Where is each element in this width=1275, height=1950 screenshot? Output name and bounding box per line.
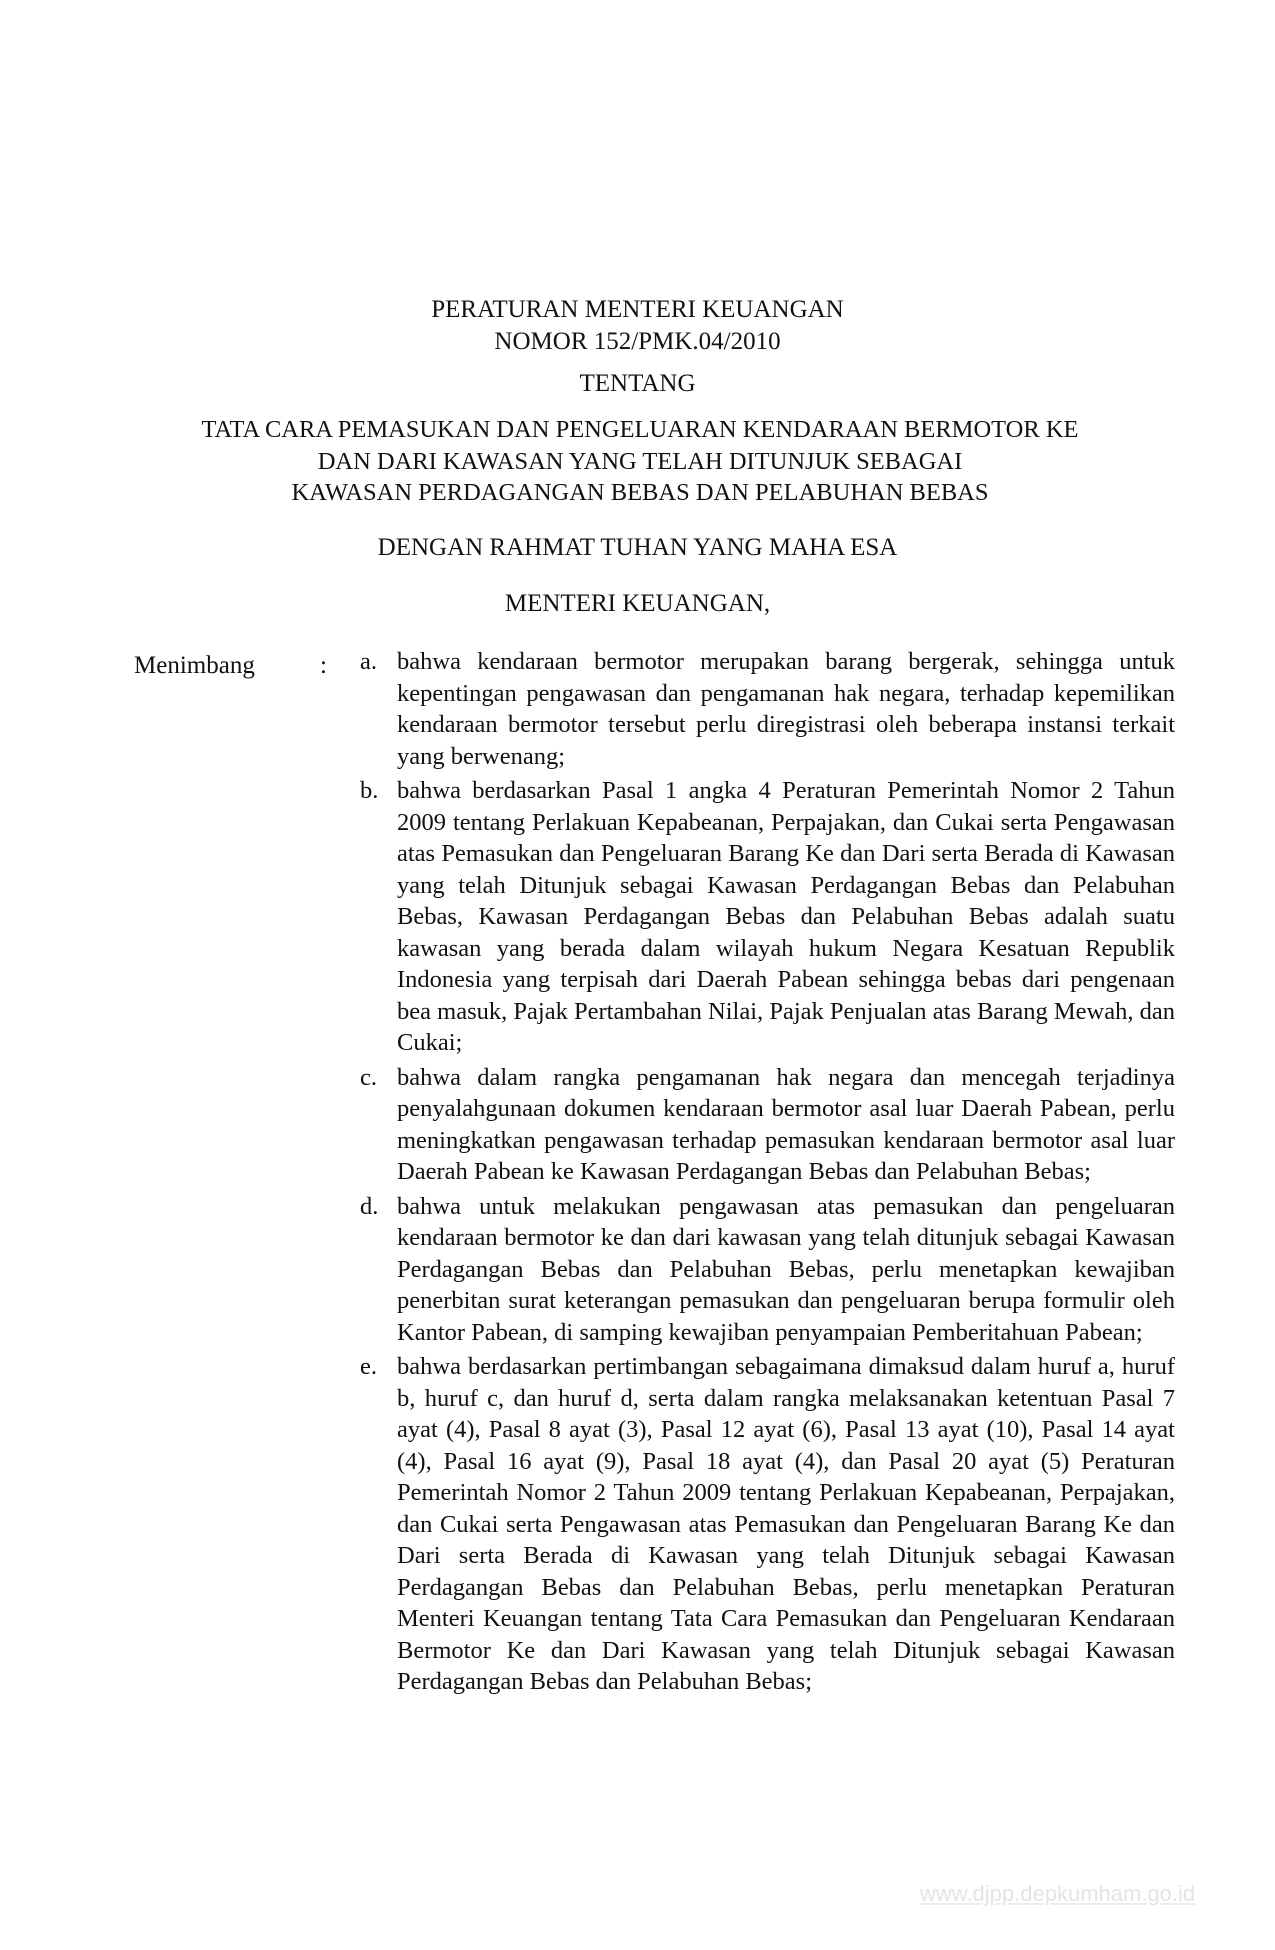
document-page: PERATURAN MENTERI KEUANGAN NOMOR 152/PMK…: [0, 0, 1275, 1950]
menimbang-colon: :: [320, 650, 327, 682]
clause-a: a. bahwa kendaraan bermotor merupakan ba…: [360, 646, 1175, 772]
regulation-number: NOMOR 152/PMK.04/2010: [0, 326, 1275, 358]
regulation-title: TATA CARA PEMASUKAN DAN PENGELUARAN KEND…: [140, 414, 1140, 509]
clause-letter: b.: [360, 775, 378, 807]
title-line-3: KAWASAN PERDAGANGAN BEBAS DAN PELABUHAN …: [140, 477, 1140, 509]
clause-e: e. bahwa berdasarkan pertimbangan sebaga…: [360, 1351, 1175, 1698]
issuing-authority: MENTERI KEUANGAN,: [0, 588, 1275, 620]
clause-text: bahwa berdasarkan pertimbangan sebagaima…: [397, 1351, 1175, 1698]
clause-letter: a.: [360, 646, 377, 678]
menimbang-label: Menimbang: [134, 650, 255, 682]
tentang-heading: TENTANG: [0, 368, 1275, 400]
clause-letter: e.: [360, 1351, 377, 1383]
menimbang-clauses: a. bahwa kendaraan bermotor merupakan ba…: [360, 646, 1175, 1701]
title-line-1: TATA CARA PEMASUKAN DAN PENGELUARAN KEND…: [140, 414, 1140, 446]
clause-c: c. bahwa dalam rangka pengamanan hak neg…: [360, 1062, 1175, 1188]
title-line-2: DAN DARI KAWASAN YANG TELAH DITUNJUK SEB…: [140, 446, 1140, 478]
clause-text: bahwa berdasarkan Pasal 1 angka 4 Peratu…: [397, 775, 1175, 1059]
watermark-link[interactable]: www.djpp.depkumham.go.id: [920, 1880, 1195, 1908]
clause-d: d. bahwa untuk melakukan pengawasan atas…: [360, 1191, 1175, 1349]
clause-letter: d.: [360, 1191, 378, 1223]
clause-text: bahwa untuk melakukan pengawasan atas pe…: [397, 1191, 1175, 1349]
regulation-heading: PERATURAN MENTERI KEUANGAN: [0, 294, 1275, 326]
invocation: DENGAN RAHMAT TUHAN YANG MAHA ESA: [0, 532, 1275, 564]
clause-letter: c.: [360, 1062, 377, 1094]
clause-text: bahwa dalam rangka pengamanan hak negara…: [397, 1062, 1175, 1188]
clause-b: b. bahwa berdasarkan Pasal 1 angka 4 Per…: [360, 775, 1175, 1059]
clause-text: bahwa kendaraan bermotor merupakan baran…: [397, 646, 1175, 772]
